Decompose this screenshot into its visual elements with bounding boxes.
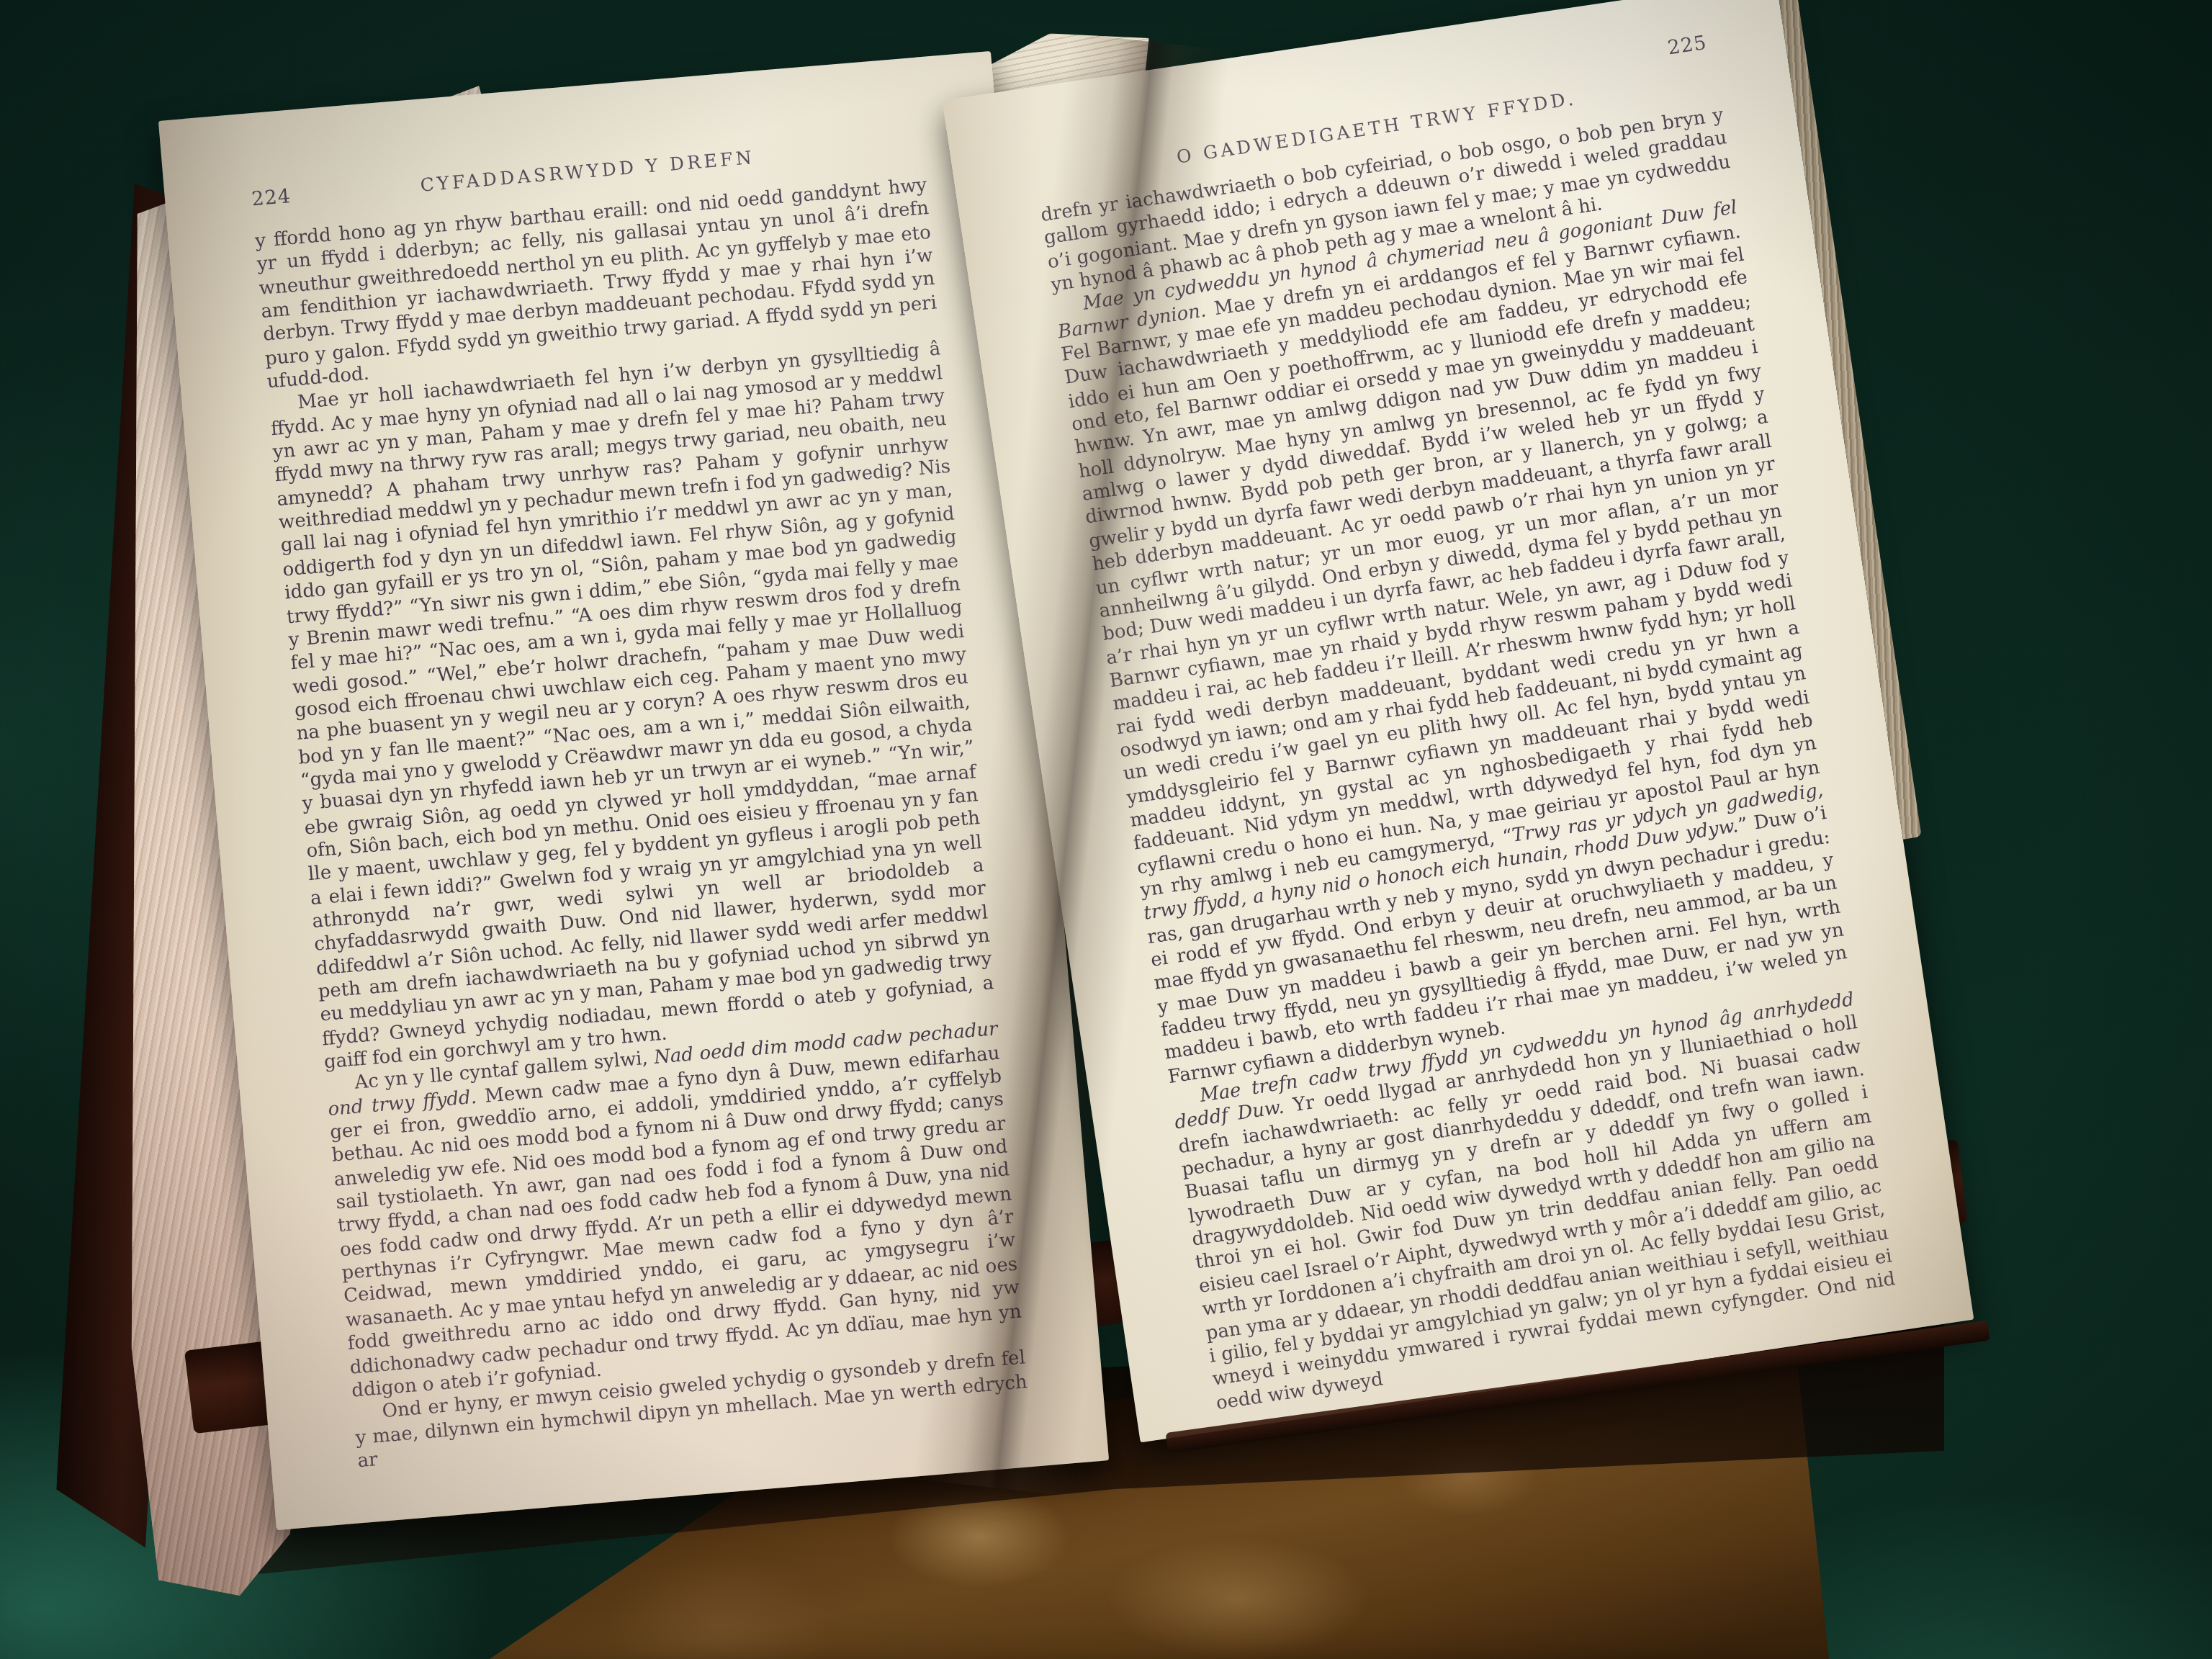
left-page: 224 CYFADDASRWYDD Y DREFN y ffordd hono …: [158, 51, 1109, 1530]
paragraph: Mae yr holl iachawdwriaeth fel hyn i’w d…: [268, 339, 997, 1076]
photo-of-open-book: 224 CYFADDASRWYDD Y DREFN y ffordd hono …: [0, 0, 2212, 1659]
paragraph: Ac yn y lle cyntaf gallem sylwi, Nad oed…: [325, 1020, 1025, 1404]
left-page-number: 224: [251, 185, 292, 211]
left-page-body: y ffordd hono ag yn rhyw barthau eraill:…: [254, 175, 1030, 1475]
left-page-content: 224 CYFADDASRWYDD Y DREFN y ffordd hono …: [158, 51, 1109, 1530]
paragraph: Mae yn cydweddu yn hynod â chymeriad neu…: [1053, 198, 1853, 1090]
left-running-title: CYFADDASRWYDD Y DREFN: [419, 146, 755, 196]
right-page-body: drefn yr iachawdwriaeth o bob cyfeiriad,…: [1039, 104, 1900, 1416]
